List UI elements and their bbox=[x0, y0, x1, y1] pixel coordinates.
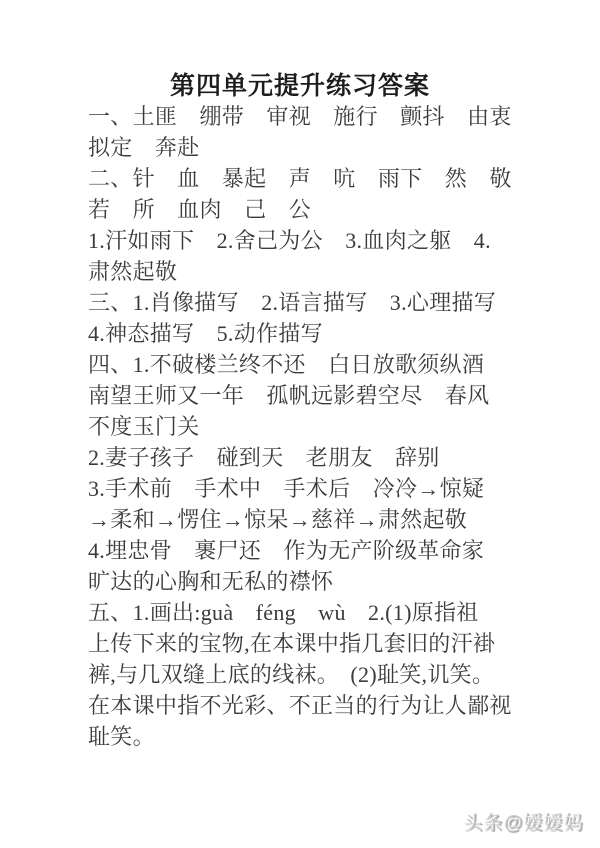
page-title: 第四单元提升练习答案 bbox=[0, 66, 600, 102]
answer-line: 旷达的心胸和无私的襟怀 bbox=[88, 566, 528, 597]
answer-line: 一、土匪 绷带 审视 施行 颤抖 由衷 bbox=[88, 101, 528, 132]
answer-line: 耻笑。 bbox=[88, 721, 528, 752]
answer-line: 若 所 血肉 己 公 bbox=[88, 194, 528, 225]
answer-line: 3.手术前 手术中 手术后 冷冷→惊疑 bbox=[88, 473, 528, 504]
document-page: 第四单元提升练习答案 一、土匪 绷带 审视 施行 颤抖 由衷 拟定 奔赴 二、针… bbox=[0, 0, 600, 848]
answer-line: 拟定 奔赴 bbox=[88, 132, 528, 163]
answer-line: 肃然起敬 bbox=[88, 256, 528, 287]
answer-line: 2.妻子孩子 碰到天 老朋友 辞别 bbox=[88, 442, 528, 473]
answer-line: 在本课中指不光彩、不正当的行为让人鄙视 bbox=[88, 690, 528, 721]
watermark: 头条@嫒嫒妈 bbox=[464, 808, 584, 835]
answer-line: 4.神态描写 5.动作描写 bbox=[88, 318, 528, 349]
answer-line: 不度玉门关 bbox=[88, 411, 528, 442]
answer-line: 南望王师又一年 孤帆远影碧空尽 春风 bbox=[88, 380, 528, 411]
answer-line: 二、针 血 暴起 声 吭 雨下 然 敬 bbox=[88, 163, 528, 194]
answer-line: 五、1.画出:guà féng wù 2.(1)原指祖 bbox=[88, 597, 528, 628]
answer-line: 四、1.不破楼兰终不还 白日放歌须纵酒 bbox=[88, 349, 528, 380]
answer-line: →柔和→愣住→惊呆→慈祥→肃然起敬 bbox=[88, 504, 528, 535]
answer-line: 1.汗如雨下 2.舍己为公 3.血肉之躯 4. bbox=[88, 225, 528, 256]
answer-body: 一、土匪 绷带 审视 施行 颤抖 由衷 拟定 奔赴 二、针 血 暴起 声 吭 雨… bbox=[88, 101, 528, 752]
answer-line: 上传下来的宝物,在本课中指几套旧的汗褂 bbox=[88, 628, 528, 659]
answer-line: 裤,与几双缝上底的线袜。 (2)耻笑,讥笑。 bbox=[88, 659, 528, 690]
answer-line: 4.埋忠骨 裹尸还 作为无产阶级革命家 bbox=[88, 535, 528, 566]
answer-line: 三、1.肖像描写 2.语言描写 3.心理描写 bbox=[88, 287, 528, 318]
